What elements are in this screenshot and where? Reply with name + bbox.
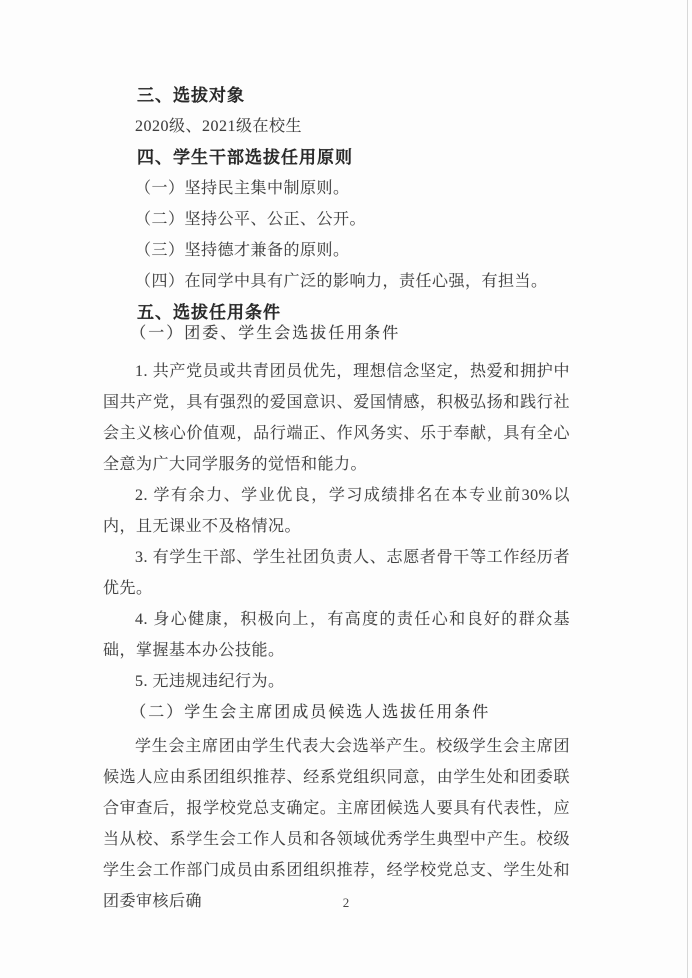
paragraph-presidium-selection-process: 学生会主席团由学生代表大会选举产生。校级学生会主席团候选人应由系团组织推荐、经系… xyxy=(103,731,570,917)
principle-item-3: （三）坚持德才兼备的原则。 xyxy=(103,235,570,266)
condition-item-5: 5. 无违规违纪行为。 xyxy=(103,666,570,697)
principle-item-4: （四）在同学中具有广泛的影响力，责任心强，有担当。 xyxy=(103,266,570,297)
condition-item-4: 4. 身心健康，积极向上，有高度的责任心和良好的群众基础，掌握基本办公技能。 xyxy=(103,604,570,666)
document-page: 三、选拔对象 2020级、2021级在校生 四、学生干部选拔任用原则 （一）坚持… xyxy=(0,0,692,978)
page-edge-divider xyxy=(687,0,688,978)
condition-item-2: 2. 学有余力、学业优良，学习成绩排名在本专业前30%以内，且无课业不及格情况。 xyxy=(103,480,570,542)
principle-item-2: （二）坚持公平、公正、公开。 xyxy=(103,204,570,235)
page-number: 2 xyxy=(0,895,692,911)
condition-item-1: 1. 共产党员或共青团员优先，理想信念坚定，热爱和拥护中国共产党，具有强烈的爱国… xyxy=(103,356,570,480)
section-heading-selection-principles: 四、学生干部选拔任用原则 xyxy=(103,142,570,173)
principle-item-1: （一）坚持民主集中制原则。 xyxy=(103,173,570,204)
subsection-heading-league-union-conditions: （一）团委、学生会选拔任用条件 xyxy=(103,318,570,349)
condition-item-3: 3. 有学生干部、学生社团负责人、志愿者骨干等工作经历者优先。 xyxy=(103,542,570,604)
paragraph-selection-targets: 2020级、2021级在校生 xyxy=(103,111,570,142)
subsection-heading-presidium-candidate-conditions: （二）学生会主席团成员候选人选拔任用条件 xyxy=(103,697,570,728)
section-heading-selection-targets: 三、选拔对象 xyxy=(103,80,570,111)
